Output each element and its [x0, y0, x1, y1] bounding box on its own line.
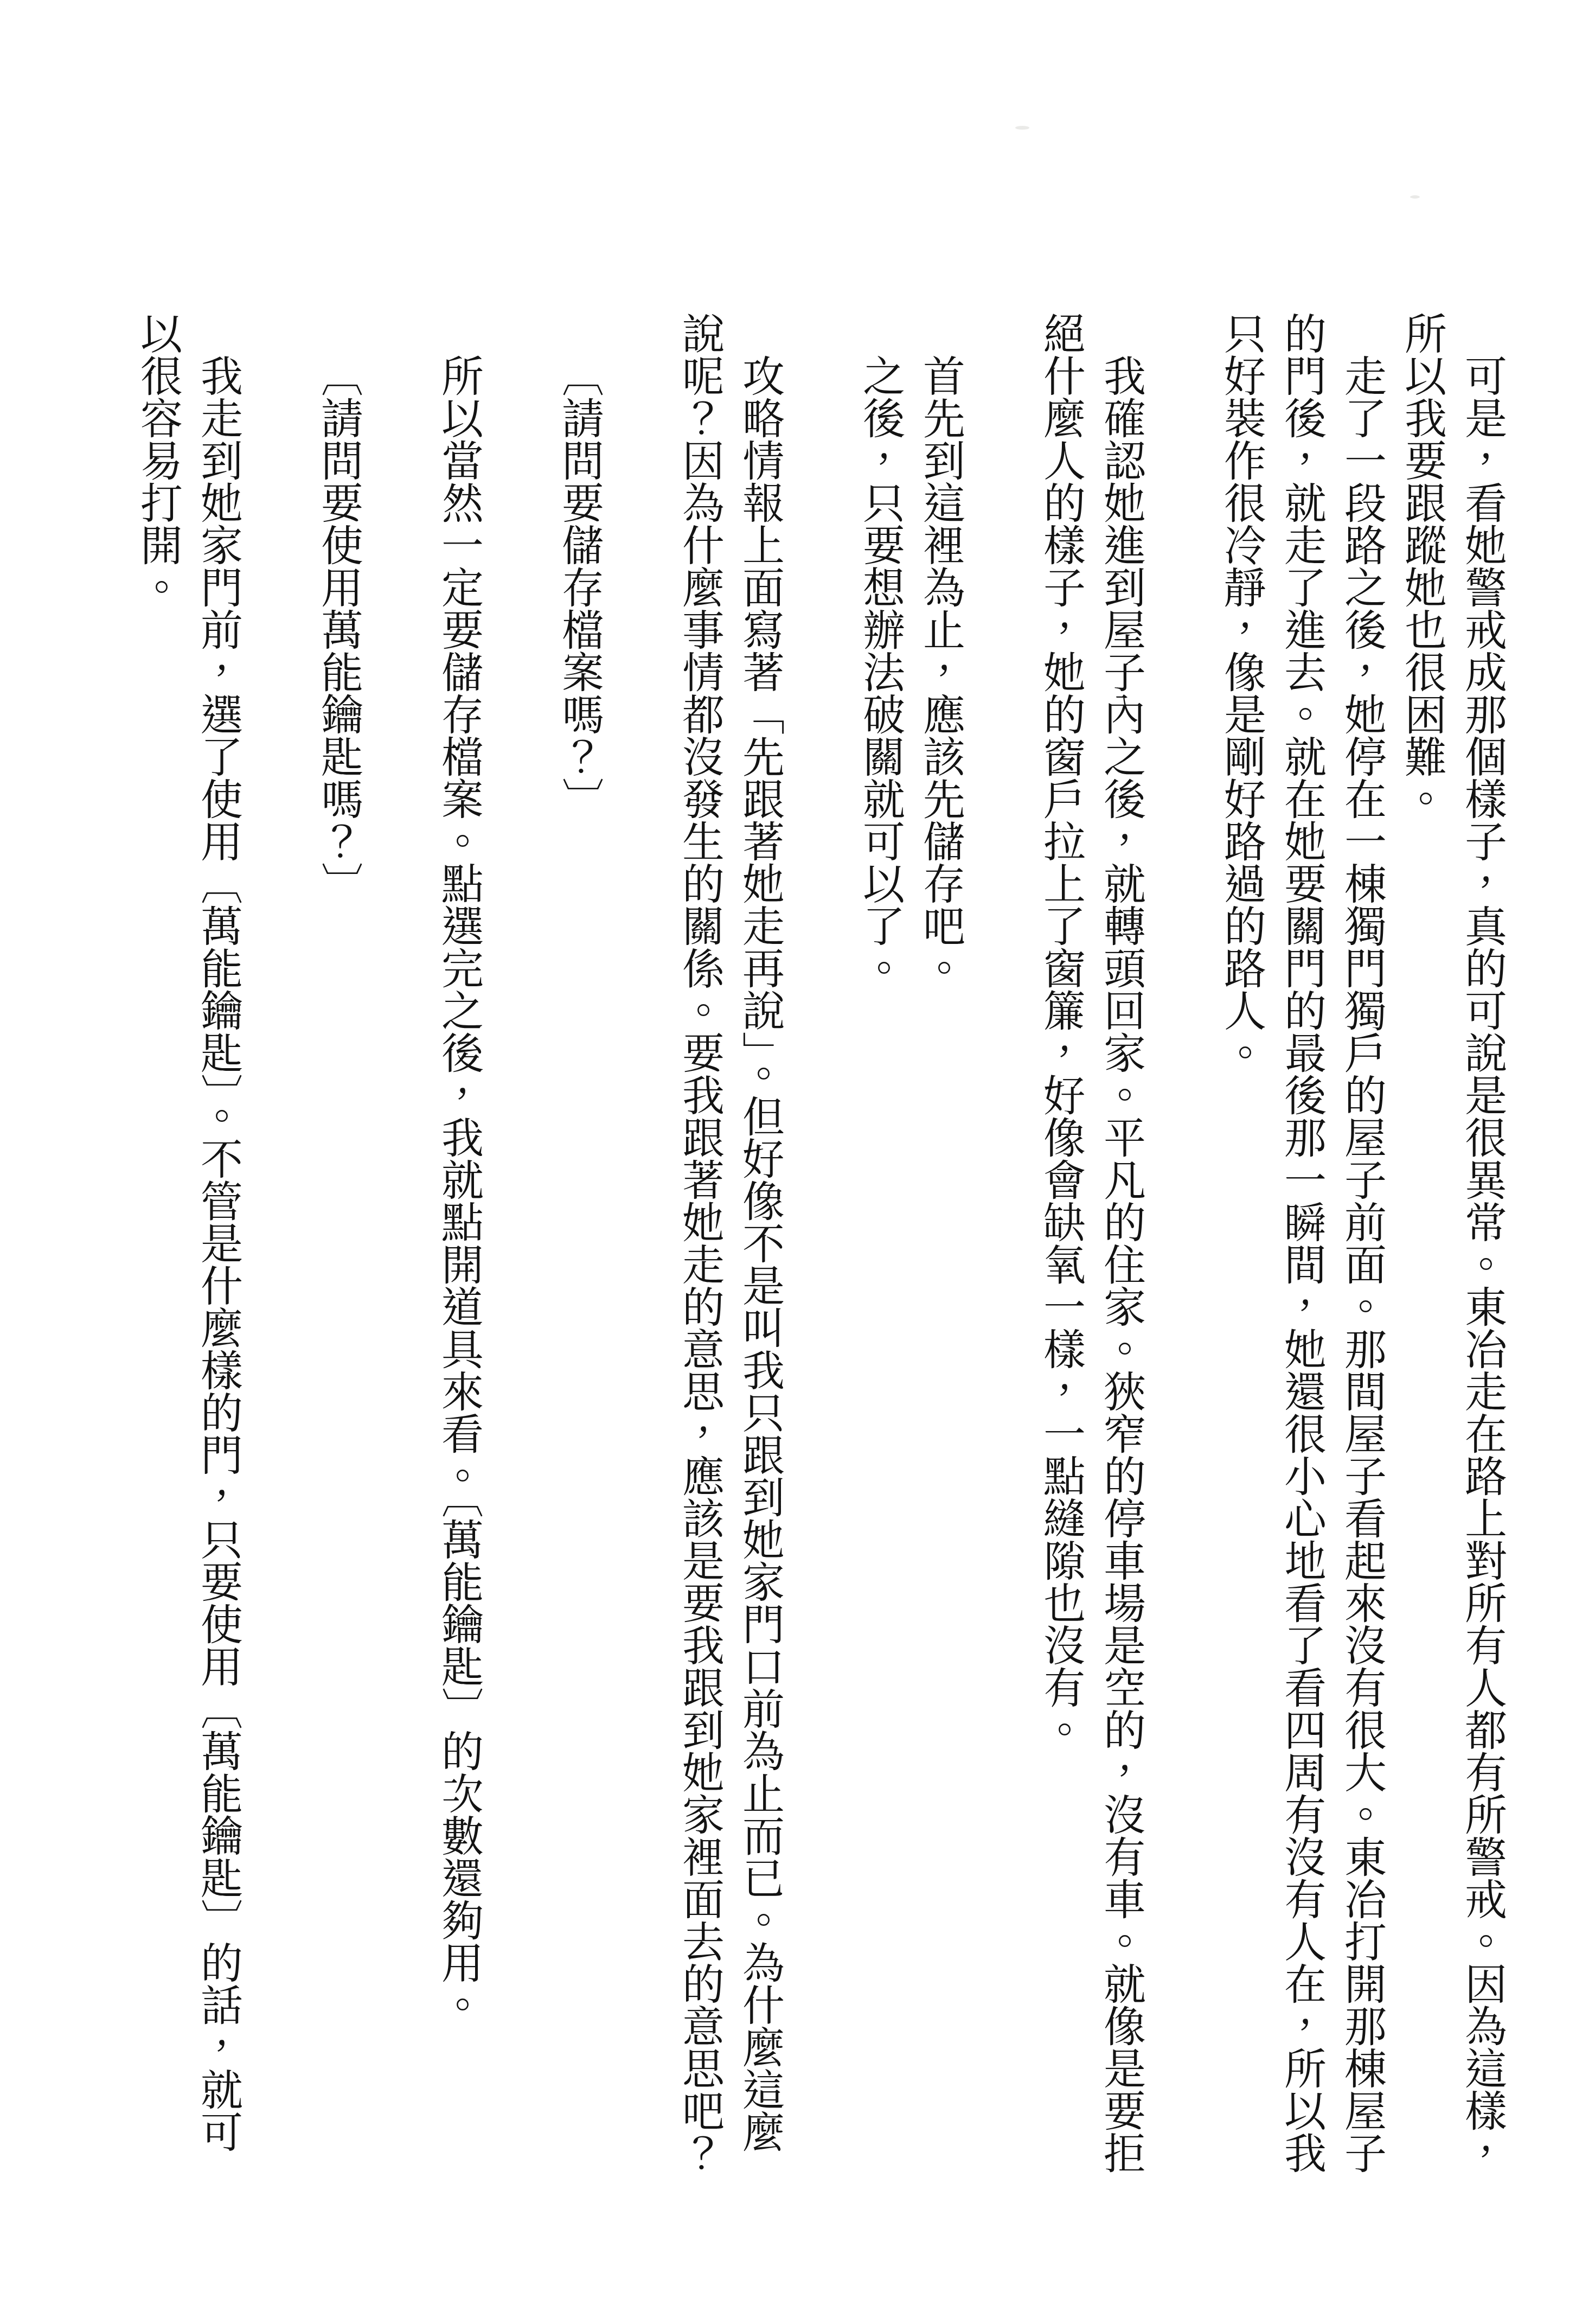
paragraph: 可是，看她警戒成那個樣子，真的可說是很異常。東冶走在路上對所有人都有所警戒。因為… [1392, 312, 1513, 2174]
paragraph: 我走到她家門前，選了使用〔萬能鑰匙〕。不管是什麼樣的門，只要使用〔萬能鑰匙〕的話… [128, 312, 248, 2174]
scan-artifact [1015, 126, 1029, 130]
paragraph: 攻略情報上面寫著「先跟著她走再說」。但好像不是叫我只跟到她家門口前為止而已。為什… [670, 312, 790, 2174]
paragraph: 之後，只要想辦法破關就可以了。 [850, 312, 911, 2174]
paragraph: 走了一段路之後，她停在一棟獨門獨戶的屋子前面。那間屋子看起來沒有很大。東冶打開那… [1212, 312, 1392, 2174]
vertical-text-block: 可是，看她警戒成那個樣子，真的可說是很異常。東冶走在路上對所有人都有所警戒。因為… [128, 312, 1513, 2174]
paragraph: 所以當然一定要儲存檔案。點選完之後，我就點開道具來看。〔萬能鑰匙〕的次數還夠用。 [429, 312, 489, 2174]
paragraph: 首先到這裡為止，應該先儲存吧。 [911, 312, 971, 2174]
page-background: 可是，看她警戒成那個樣子，真的可說是很異常。東冶走在路上對所有人都有所警戒。因為… [0, 0, 1595, 2324]
book-page: { "document": { "type": "novel-page-scan… [0, 0, 1595, 2324]
paragraph: 〔請問要儲存檔案嗎？〕 [549, 312, 610, 2174]
scan-artifact [1410, 195, 1420, 199]
paragraph: 〔請問要使用萬能鑰匙嗎？〕 [309, 312, 369, 2174]
paragraph: 我確認她進到屋子內之後，就轉頭回家。平凡的住家。狹窄的停車場是空的，沒有車。就像… [1031, 312, 1151, 2174]
